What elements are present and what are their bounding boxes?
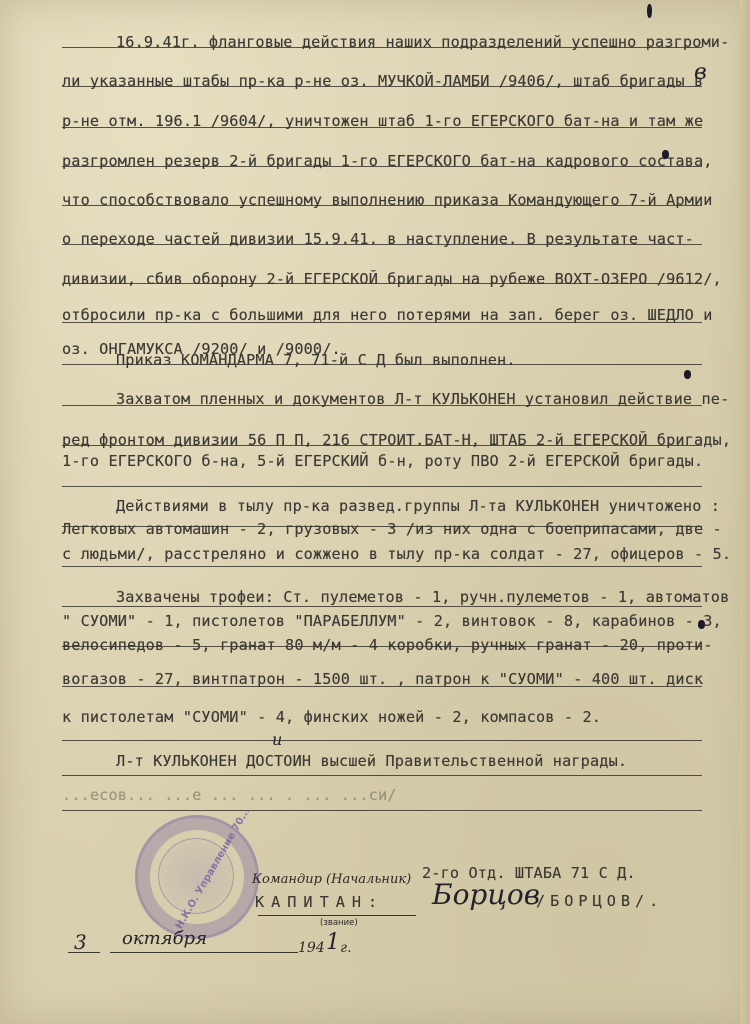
text-line: ли указанные штабы пр-ка р-не оз. МУЧКОЙ… xyxy=(62,72,712,90)
date-year-unit: г. xyxy=(340,940,352,956)
text-line: велосипедов - 5, гранат 80 м/м - 4 короб… xyxy=(62,636,712,654)
month-underline xyxy=(110,952,298,953)
punch-hole xyxy=(662,150,669,159)
signature: Борцов xyxy=(432,878,540,911)
rank-caption: (звание) xyxy=(320,918,358,928)
date-month: октября xyxy=(122,928,207,949)
text-line: о переходе частей дивизии 15.9.41. в нас… xyxy=(62,230,712,248)
text-line: 1-го ЕГЕРСКОГО б-на, 5-й ЕГЕРСКИЙ б-н, р… xyxy=(62,452,712,470)
text-line: отбросили пр-ка с большими для него поте… xyxy=(62,306,712,324)
rule-line xyxy=(62,775,702,776)
text-line: с людьми/, расстреляно и сожжено в тылу … xyxy=(62,545,712,563)
text-line: Действиями в тылу пр-ка развед.группы Л-… xyxy=(62,497,750,515)
commander-label: Командир (Начальник) xyxy=(252,872,411,887)
punch-hole xyxy=(698,620,705,629)
rule-line xyxy=(62,740,702,741)
rule-line xyxy=(62,606,702,607)
text-line: ред фронтом дивизии 56 П П, 216 СТРОИТ.Б… xyxy=(62,431,712,449)
date-day: 3 xyxy=(74,930,87,954)
text-line: Приказ КОМАНДАРМА 7, 71-й С Д был выполн… xyxy=(62,351,750,369)
rule-line xyxy=(62,810,702,811)
handwritten-insert: и xyxy=(272,730,282,749)
day-underline xyxy=(68,952,100,953)
rank-underline xyxy=(258,915,416,916)
text-line: р-не отм. 196.1 /9604/, уничтожен штаб 1… xyxy=(62,112,712,130)
text-line: Захвачены трофеи: Ст. пулеметов - 1, руч… xyxy=(62,588,750,606)
rule-line xyxy=(62,566,702,567)
rule-line xyxy=(62,486,702,487)
text-line: Л-т КУЛЬКОНЕН ДОСТОИН высшей Правительст… xyxy=(62,752,750,770)
text-line: что способствовало успешному выполнению … xyxy=(62,191,712,209)
date-year-prefix: 194 xyxy=(298,940,325,956)
text-line: Легковых автомашин - 2, грузовых - 3 /из… xyxy=(62,520,712,538)
signer-name: /БОРЦОВ/. xyxy=(536,892,736,910)
official-stamp: Н.К.О. Управление 70... xyxy=(135,815,259,939)
ink-spot xyxy=(647,4,652,18)
text-line: вогазов - 27, винтпатрон - 1500 шт. , па… xyxy=(62,670,712,688)
handwritten-margin-letter: в xyxy=(694,60,707,85)
faded-text-line: ...есов... ...е ... ... . ... ...си/ xyxy=(62,786,712,804)
text-line: дивизии, сбив оборону 2-й ЕГЕРСКОЙ брига… xyxy=(62,270,712,288)
text-line: " СУОМИ" - 1, пистолетов "ПАРАБЕЛЛУМ" - … xyxy=(62,612,712,630)
document-page: 16.9.41г. фланговые действия наших подра… xyxy=(0,0,750,1024)
text-line: 16.9.41г. фланговые действия наших подра… xyxy=(62,33,750,51)
text-line: Захватом пленных и документов Л-т КУЛЬКО… xyxy=(62,390,750,408)
punch-hole xyxy=(684,370,691,379)
text-line: к пистолетам "СУОМИ" - 4, финских ножей … xyxy=(62,708,712,726)
rank: КАПИТАН: xyxy=(255,893,425,911)
date-year-suffix: 1 xyxy=(326,930,340,955)
text-line: разгромлен резерв 2-й бригады 1-го ЕГЕРС… xyxy=(62,152,712,170)
